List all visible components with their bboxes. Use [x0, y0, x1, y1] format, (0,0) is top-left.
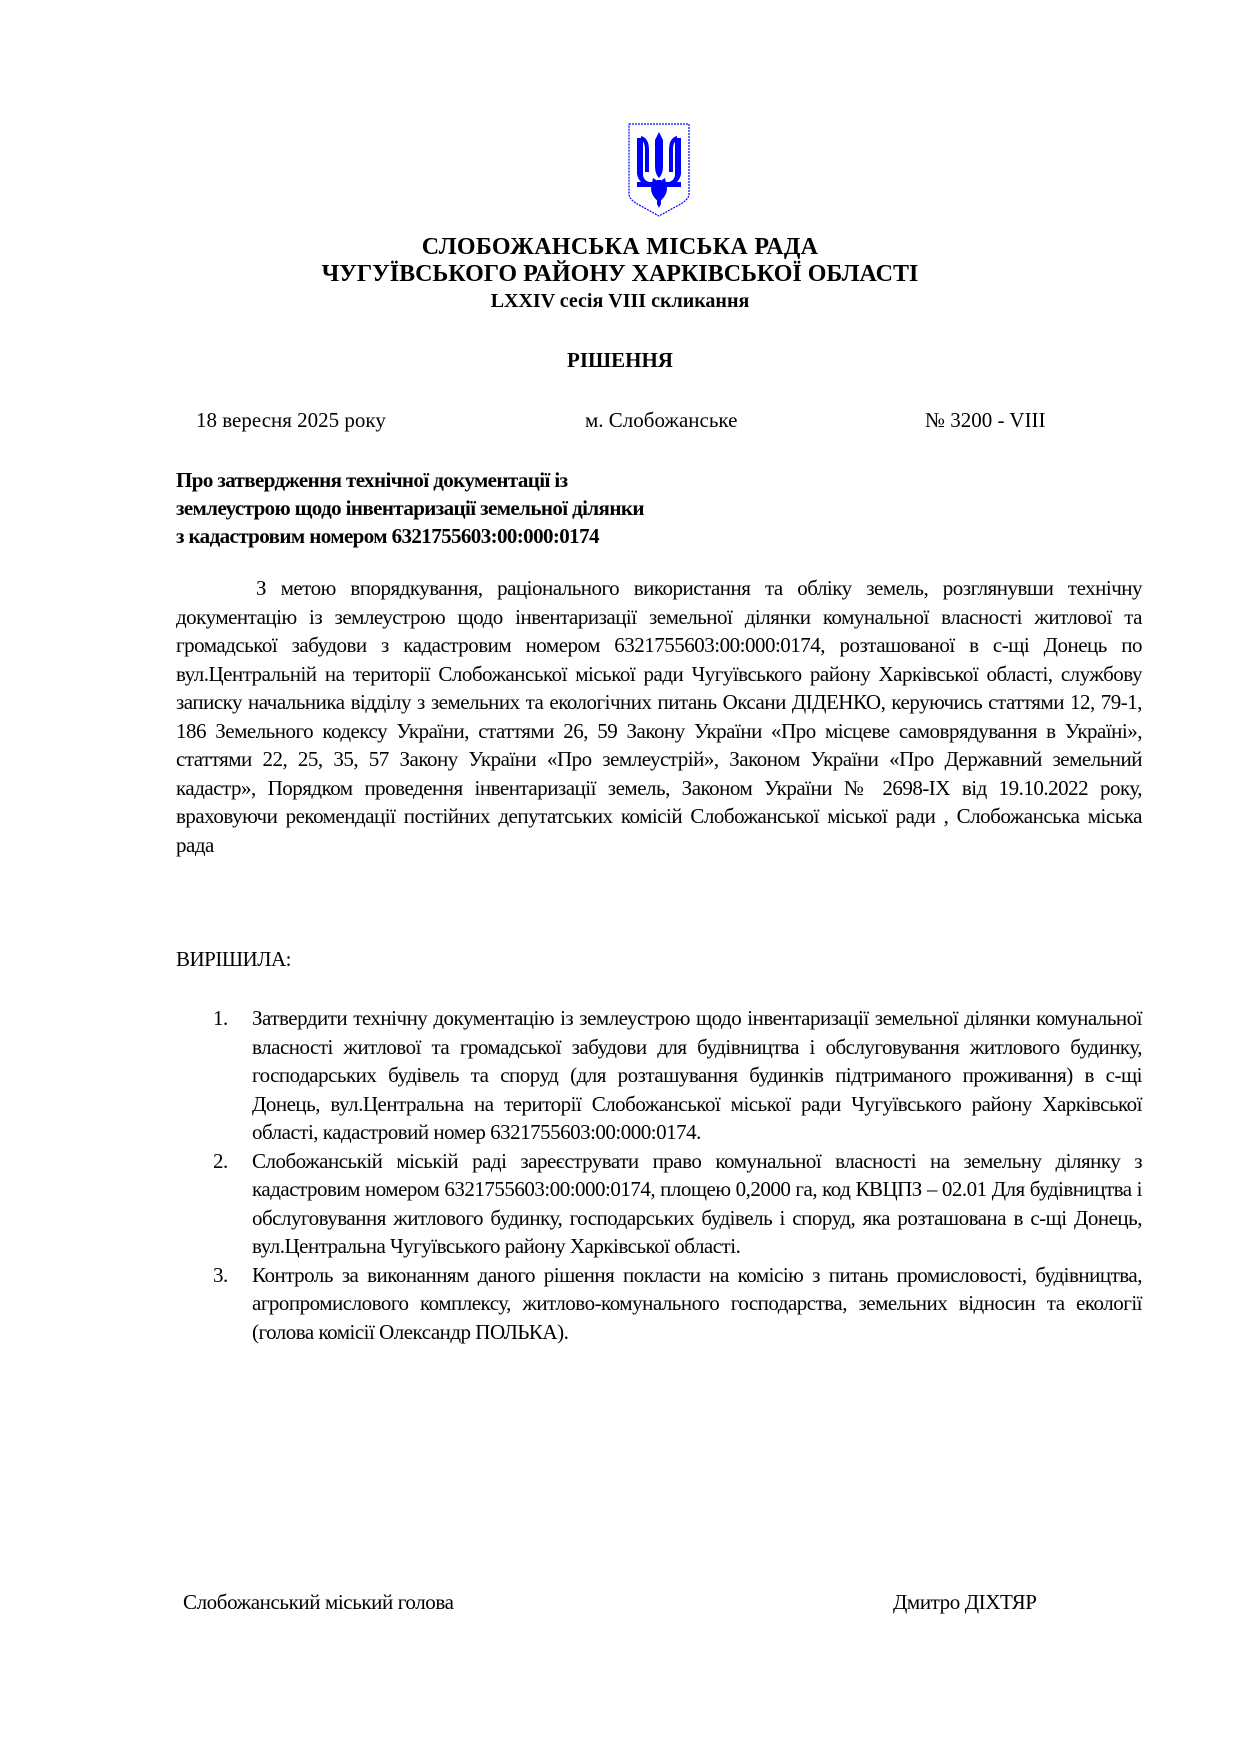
subject-line: землеустрою щодо інвентаризації земельно… [176, 494, 644, 522]
item-number: 1. [213, 1004, 228, 1033]
document-subject: Про затвердження технічної документації … [176, 466, 644, 550]
item-number: 2. [213, 1147, 228, 1176]
subject-line: з кадастровим номером 6321755603:00:000:… [176, 522, 644, 550]
document-place: м. Слобожанське [585, 408, 737, 433]
item-text: Контроль за виконанням даного рішення по… [252, 1263, 1142, 1344]
decision-item: 1. Затвердити технічну документацію із з… [213, 1004, 1142, 1147]
subject-line: Про затвердження технічної документації … [176, 466, 644, 494]
decision-item: 3. Контроль за виконанням даного рішення… [213, 1261, 1142, 1347]
document-date: 18 вересня 2025 року [196, 408, 386, 433]
decision-items: 1. Затвердити технічну документацію із з… [213, 1004, 1142, 1346]
document-type: РІШЕННЯ [0, 348, 1240, 373]
signature-name: Дмитро ДІХТЯР [893, 1590, 1037, 1615]
signature-position: Слобожанський міський голова [183, 1590, 454, 1615]
item-text: Затвердити технічну документацію із земл… [252, 1006, 1142, 1144]
preamble-text: З метою впорядкування, раціонального вик… [176, 574, 1142, 859]
item-text: Слобожанській міській раді зареєструвати… [252, 1149, 1142, 1259]
preamble: З метою впорядкування, раціонального вик… [176, 574, 1142, 859]
decision-item: 2. Слобожанській міській раді зареєструв… [213, 1147, 1142, 1261]
resolved-label: ВИРІШИЛА: [176, 947, 291, 972]
session-info: LXXIV сесія VIII скликання [0, 290, 1240, 313]
document-number: № 3200 - VIII [925, 408, 1046, 433]
council-name: СЛОБОЖАНСЬКА МІСЬКА РАДА [0, 234, 1240, 261]
district-name: ЧУГУЇВСЬКОГО РАЙОНУ ХАРКІВСЬКОЇ ОБЛАСТІ [0, 261, 1240, 288]
coat-of-arms-icon [627, 122, 691, 218]
item-number: 3. [213, 1261, 228, 1290]
